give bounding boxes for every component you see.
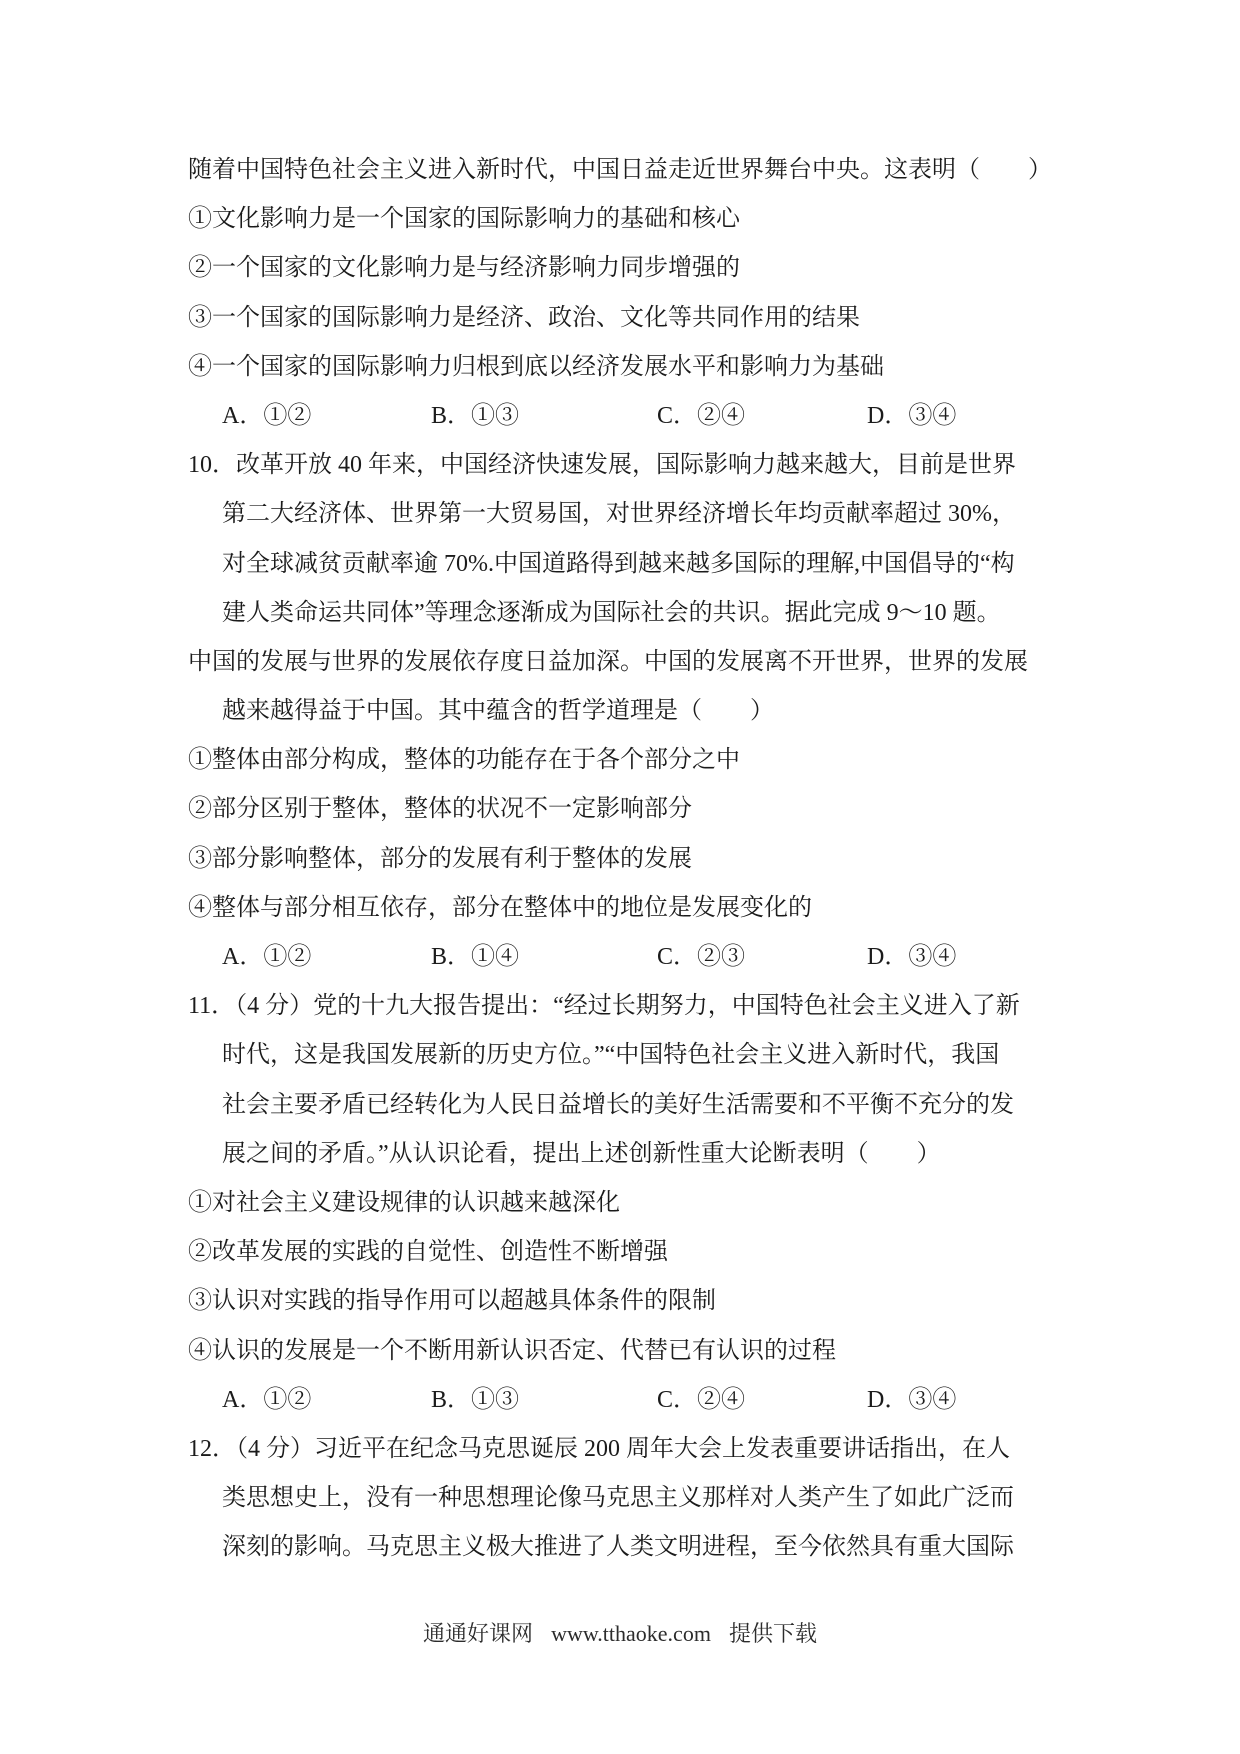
question-stem-line: 越来越得益于中国。其中蕴含的哲学道理是（ ） <box>188 687 1088 736</box>
choice-line: ③认识对实践的指导作用可以超越具体条件的限制 <box>188 1277 1088 1326</box>
question-stem-line: 展之间的矛盾。”从认识论看，提出上述创新性重大论断表明（ ） <box>188 1130 1088 1179</box>
question-stem-line: 中国的发展与世界的发展依存度日益加深。中国的发展离不开世界，世界的发展 <box>188 638 1088 687</box>
choice-line: ②部分区别于整体，整体的状况不一定影响部分 <box>188 785 1088 834</box>
question-stem-line: 类思想史上，没有一种思想理论像马克思主义那样对人类产生了如此广泛而 <box>188 1474 1088 1523</box>
footer-suffix: 提供下载 <box>729 1621 817 1646</box>
question-number-line: 10．改革开放 40 年来，中国经济快速发展，国际影响力越来越大，目前是世界 <box>188 441 1088 490</box>
options-row: A．①②B．①④C．②③D．③④ <box>188 933 1088 982</box>
choice-line: ④一个国家的国际影响力归根到底以经济发展水平和影响力为基础 <box>188 343 1088 392</box>
question-number-line: 12．（4 分）习近平在纪念马克思诞辰 200 周年大会上发表重要讲话指出，在人 <box>188 1425 1088 1474</box>
choice-line: ③部分影响整体，部分的发展有利于整体的发展 <box>188 835 1088 884</box>
option-item: D．③④ <box>867 933 956 982</box>
option-item: B．①③ <box>431 392 519 441</box>
choice-line: ④认识的发展是一个不断用新认识否定、代替已有认识的过程 <box>188 1327 1088 1376</box>
footer-site-name: 通通好课网 <box>423 1621 533 1646</box>
choice-line: ②改革发展的实践的自觉性、创造性不断增强 <box>188 1228 1088 1277</box>
choice-line: ①对社会主义建设规律的认识越来越深化 <box>188 1179 1088 1228</box>
choice-line: ①整体由部分构成，整体的功能存在于各个部分之中 <box>188 736 1088 785</box>
option-item: A．①② <box>222 933 311 982</box>
question-stem-line: 对全球减贫贡献率逾 70%.中国道路得到越来越多国际的理解,中国倡导的“构 <box>188 540 1088 589</box>
option-item: C．②④ <box>657 1376 745 1425</box>
option-item: B．①③ <box>431 1376 519 1425</box>
option-item: D．③④ <box>867 1376 956 1425</box>
options-row: A．①②B．①③C．②④D．③④ <box>188 392 1088 441</box>
options-row: A．①②B．①③C．②④D．③④ <box>188 1376 1088 1425</box>
question-number-line: 11．（4 分）党的十九大报告提出：“经过长期努力，中国特色社会主义进入了新 <box>188 982 1088 1031</box>
choice-line: ①文化影响力是一个国家的国际影响力的基础和核心 <box>188 195 1088 244</box>
question-stem-line: 深刻的影响。马克思主义极大推进了人类文明进程，至今依然具有重大国际 <box>188 1523 1088 1572</box>
question-stem-line: 时代，这是我国发展新的历史方位。”“中国特色社会主义进入新时代，我国 <box>188 1031 1088 1080</box>
choice-line: ②一个国家的文化影响力是与经济影响力同步增强的 <box>188 244 1088 293</box>
exam-document-page: { "page": { "background": "#ffffff", "te… <box>0 0 1240 1754</box>
option-item: A．①② <box>222 1376 311 1425</box>
option-item: B．①④ <box>431 933 519 982</box>
question-stem-line: 社会主要矛盾已经转化为人民日益增长的美好生活需要和不平衡不充分的发 <box>188 1081 1088 1130</box>
exam-text-body: 随着中国特色社会主义进入新时代，中国日益走近世界舞台中央。这表明（ ）①文化影响… <box>188 146 1088 1572</box>
option-item: A．①② <box>222 392 311 441</box>
question-stem-line: 随着中国特色社会主义进入新时代，中国日益走近世界舞台中央。这表明（ ） <box>188 146 1088 195</box>
question-stem-line: 建人类命运共同体”等理念逐渐成为国际社会的共识。据此完成 9～10 题。 <box>188 589 1088 638</box>
question-stem-line: 第二大经济体、世界第一大贸易国，对世界经济增长年均贡献率超过 30%， <box>188 490 1088 539</box>
page-footer: 通通好课网www.tthaoke.com提供下载 <box>0 1618 1240 1650</box>
choice-line: ④整体与部分相互依存，部分在整体中的地位是发展变化的 <box>188 884 1088 933</box>
option-item: D．③④ <box>867 392 956 441</box>
option-item: C．②④ <box>657 392 745 441</box>
option-item: C．②③ <box>657 933 745 982</box>
choice-line: ③一个国家的国际影响力是经济、政治、文化等共同作用的结果 <box>188 294 1088 343</box>
footer-url: www.tthaoke.com <box>551 1621 711 1646</box>
